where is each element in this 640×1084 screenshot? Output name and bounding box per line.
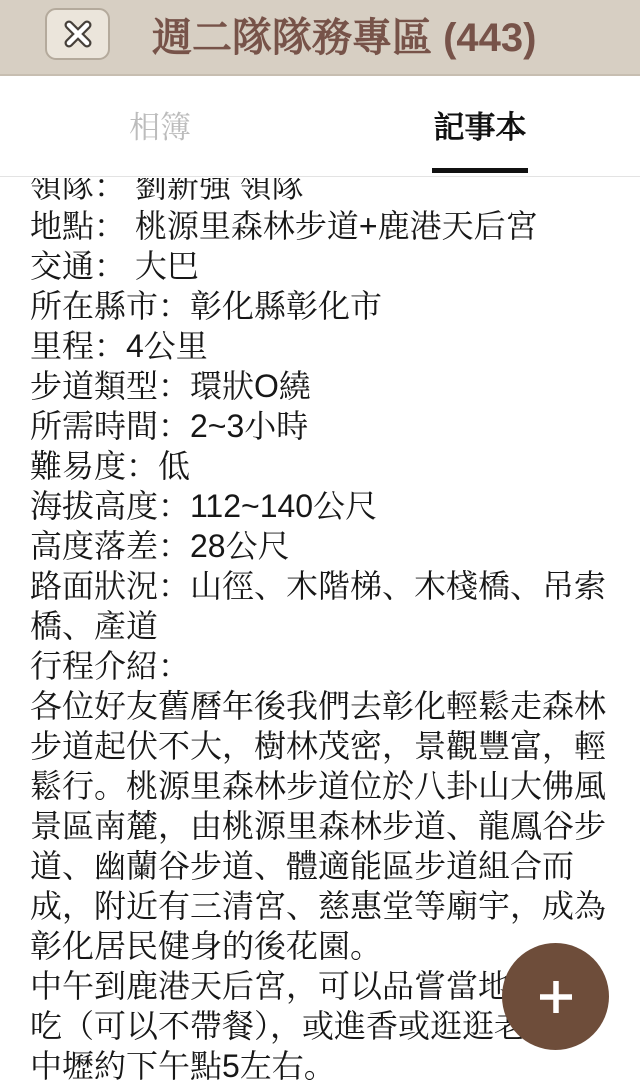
tab-notes-label: 記事本 — [434, 102, 527, 147]
tab-album[interactable]: 相簿 — [0, 77, 320, 176]
note-line: 成，附近有三清宮、慈惠堂等廟宇，成為 — [30, 886, 612, 926]
close-button[interactable] — [45, 8, 110, 60]
note-line: 所在縣市：彰化縣彰化市 — [30, 286, 612, 326]
note-line: 難易度：低 — [30, 446, 612, 486]
note-line: 交通： 大巴 — [30, 246, 612, 286]
active-tab-underline — [432, 168, 528, 173]
note-line: 領隊： 劉新強 領隊 — [30, 178, 612, 206]
tab-bar: 相簿 記事本 — [0, 77, 640, 177]
note-line: 各位好友舊曆年後我們去彰化輕鬆走森林 — [30, 686, 612, 726]
x-icon — [58, 14, 98, 54]
note-line: 步道起伏不大，樹林茂密，景觀豐富，輕 — [30, 726, 612, 766]
plus-icon — [537, 978, 575, 1016]
note-line: 步道類型：環狀O繞 — [30, 366, 612, 406]
note-line: 橋、產道 — [30, 606, 612, 646]
note-line: 高度落差：28公尺 — [30, 526, 612, 566]
add-note-button[interactable] — [502, 943, 609, 1050]
group-notes-page: 週二隊隊務專區 (443) 相簿 記事本 領隊： 劉新強 領隊 地點： 桃源里森… — [0, 0, 640, 1084]
tab-album-label: 相簿 — [129, 102, 191, 147]
note-line: 行程介紹： — [30, 646, 612, 686]
note-line: 景區南麓，由桃源里森林步道、龍鳳谷步 — [30, 806, 612, 846]
note-line: 鬆行。桃源里森林步道位於八卦山大佛風 — [30, 766, 612, 806]
page-title: 週二隊隊務專區 (443) — [152, 0, 537, 76]
note-line: 里程：4公里 — [30, 326, 612, 366]
note-line: 海拔高度：112~140公尺 — [30, 486, 612, 526]
note-line: 路面狀況：山徑、木階梯、木棧橋、吊索 — [30, 566, 612, 606]
tab-notes[interactable]: 記事本 — [320, 77, 640, 176]
note-line: 中壢約下午點5左右。 — [30, 1046, 612, 1084]
note-line: 地點： 桃源里森林步道+鹿港天后宮 — [30, 206, 612, 246]
note-line: 所需時間：2~3小時 — [30, 406, 612, 446]
note-line: 道、幽蘭谷步道、體適能區步道組合而 — [30, 846, 612, 886]
header: 週二隊隊務專區 (443) — [0, 0, 640, 76]
